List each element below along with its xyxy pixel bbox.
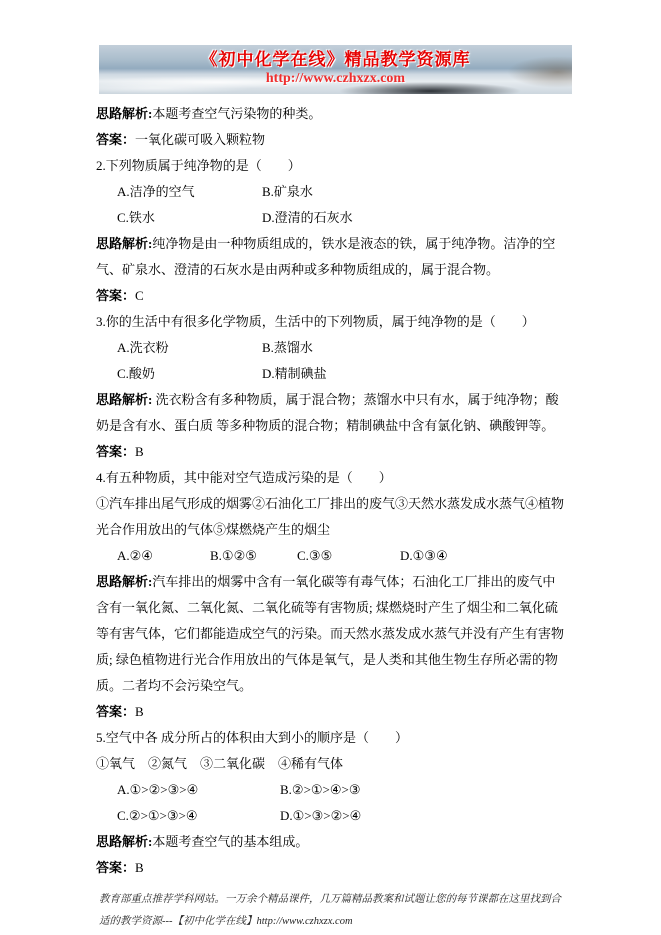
page-footer: 教育部重点推荐学科网站。一万余个精品课件，几万篇精品教案和试题让您的每节课都在这… <box>99 889 561 933</box>
q5-answer-text: B <box>135 860 144 875</box>
q3-option-a: A.洗衣粉 <box>117 335 262 361</box>
q4-items: ①汽车排出尾气形成的烟雾②石油化工厂排出的废气③天然水蒸发成水蒸气④植物光合作用… <box>96 491 567 543</box>
q4-option-d: D.①③④ <box>400 548 448 563</box>
q1-answer: 答案：一氧化碳可吸入颗粒物 <box>96 127 567 153</box>
q2-analysis: 思路解析:纯净物是由一种物质组成的，铁水是液态的铁，属于纯净物。洁净的空气、矿泉… <box>96 231 567 283</box>
q4-analysis-text: 汽车排出的烟雾中含有一氧化碳等有毒气体；石油化工厂排出的废气中含有一氧化氮、二氧… <box>96 574 564 693</box>
answer-label: 答案： <box>96 288 135 303</box>
answer-label: 答案： <box>96 444 135 459</box>
q5-analysis: 思路解析:本题考查空气的基本组成。 <box>96 829 567 855</box>
q3-options-row-1: A.洗衣粉B.蒸馏水 <box>96 335 567 361</box>
q2-analysis-text: 纯净物是由一种物质组成的，铁水是液态的铁，属于纯净物。洁净的空气、矿泉水、澄清的… <box>96 236 555 277</box>
q5-option-a: A.①>②>③>④ <box>117 777 280 803</box>
q2-options-row-2: C.铁水D.澄清的石灰水 <box>96 205 567 231</box>
q3-stem: 3.你的生活中有很多化学物质，生活中的下列物质，属于纯净物的是（ ） <box>96 309 567 335</box>
banner-title: 《初中化学在线》精品教学资源库 <box>99 50 572 70</box>
q5-options-row-2: C.②>①>③>④D.①>③>②>④ <box>96 803 567 829</box>
q5-analysis-text: 本题考查空气的基本组成。 <box>152 834 308 849</box>
q2-answer-text: C <box>135 288 144 303</box>
q5-items: ①氧气 ②氮气 ③二氧化碳 ④稀有气体 <box>96 751 567 777</box>
q1-analysis-text: 本题考查空气污染物的种类。 <box>152 106 321 121</box>
document-content: 思路解析:本题考查空气污染物的种类。 答案：一氧化碳可吸入颗粒物 2.下列物质属… <box>96 101 567 881</box>
q4-option-b: B.①②⑤ <box>210 543 297 569</box>
q2-stem: 2.下列物质属于纯净物的是（ ） <box>96 153 567 179</box>
q1-answer-text: 一氧化碳可吸入颗粒物 <box>135 132 265 147</box>
q3-options-row-2: C.酸奶D.精制碘盐 <box>96 361 567 387</box>
banner-url-link[interactable]: http://www.czhxzx.com <box>99 70 572 87</box>
q5-stem: 5.空气中各 成分所占的体积由大到小的顺序是（ ） <box>96 725 567 751</box>
q4-answer-text: B <box>135 704 144 719</box>
q2-option-c: C.铁水 <box>117 205 262 231</box>
answer-label: 答案： <box>96 132 135 147</box>
answer-label: 答案： <box>96 704 135 719</box>
analysis-label: 思路解析: <box>96 574 152 589</box>
q2-option-d: D.澄清的石灰水 <box>262 210 353 225</box>
analysis-label: 思路解析: <box>96 834 152 849</box>
q3-option-b: B.蒸馏水 <box>262 340 313 355</box>
q5-options-row-1: A.①>②>③>④B.②>①>④>③ <box>96 777 567 803</box>
q4-answer: 答案：B <box>96 699 567 725</box>
q3-analysis-text: 洗衣粉含有多种物质，属于混合物；蒸馏水中只有水，属于纯净物；酸奶是含有水、蛋白质… <box>96 392 559 433</box>
q4-stem: 4.有五种物质，其中能对空气造成污染的是（ ） <box>96 465 567 491</box>
q5-option-b: B.②>①>④>③ <box>280 782 361 797</box>
q3-option-c: C.酸奶 <box>117 361 262 387</box>
q5-answer: 答案：B <box>96 855 567 881</box>
analysis-label: 思路解析: <box>96 392 152 407</box>
q2-option-a: A.洁净的空气 <box>117 179 262 205</box>
q3-answer-text: B <box>135 444 144 459</box>
q2-answer: 答案：C <box>96 283 567 309</box>
q5-option-c: C.②>①>③>④ <box>117 803 280 829</box>
analysis-label: 思路解析: <box>96 106 152 121</box>
q3-analysis: 思路解析: 洗衣粉含有多种物质，属于混合物；蒸馏水中只有水，属于纯净物；酸奶是含… <box>96 387 567 439</box>
q3-option-d: D.精制碘盐 <box>262 366 327 381</box>
q4-option-a: A.②④ <box>117 543 210 569</box>
q5-option-d: D.①>③>②>④ <box>280 808 361 823</box>
q4-option-c: C.③⑤ <box>297 543 400 569</box>
analysis-label: 思路解析: <box>96 236 152 251</box>
q2-options-row-1: A.洁净的空气B.矿泉水 <box>96 179 567 205</box>
site-banner: 《初中化学在线》精品教学资源库 http://www.czhxzx.com <box>99 45 572 94</box>
q1-analysis: 思路解析:本题考查空气污染物的种类。 <box>96 101 567 127</box>
footer-url-link[interactable]: http://www.czhxzx.com <box>257 916 353 927</box>
q3-answer: 答案：B <box>96 439 567 465</box>
q4-options-row: A.②④B.①②⑤C.③⑤D.①③④ <box>96 543 567 569</box>
q2-option-b: B.矿泉水 <box>262 184 313 199</box>
q4-analysis: 思路解析:汽车排出的烟雾中含有一氧化碳等有毒气体；石油化工厂排出的废气中含有一氧… <box>96 569 567 699</box>
answer-label: 答案： <box>96 860 135 875</box>
